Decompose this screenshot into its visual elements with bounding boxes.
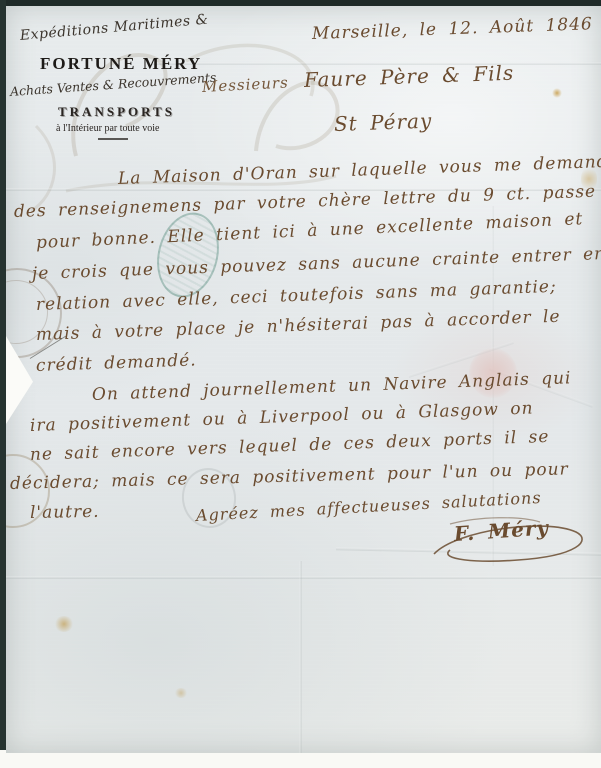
fox-stain (174, 688, 188, 698)
letterhead-company-name: FORTUNÉ MÉRY (40, 54, 202, 74)
fox-stain (552, 88, 562, 98)
letterhead-transports: TRANSPORTS (58, 104, 175, 120)
letterhead-flourish (98, 138, 128, 140)
fox-stain (54, 616, 74, 632)
body-line: décidera; mais ce sera positivement pour… (10, 459, 569, 494)
scanner-edge-left (0, 0, 6, 750)
body-line: mais à votre place je n'hésiterai pas à … (36, 307, 561, 345)
signature-flourish (420, 512, 596, 574)
fold-crease (299, 561, 302, 753)
letterhead-subline: à l'Intérieur par toute voie (56, 123, 159, 134)
body-line: l'autre. (30, 502, 100, 523)
body-line: crédit demandé. (36, 350, 197, 376)
scanned-letter: Expéditions Maritimes & FORTUNÉ MÉRY Ach… (0, 0, 601, 768)
fold-crease (6, 576, 601, 579)
letter-paper: Expéditions Maritimes & FORTUNÉ MÉRY Ach… (6, 6, 601, 753)
recipient-place: St Péray (334, 109, 433, 136)
